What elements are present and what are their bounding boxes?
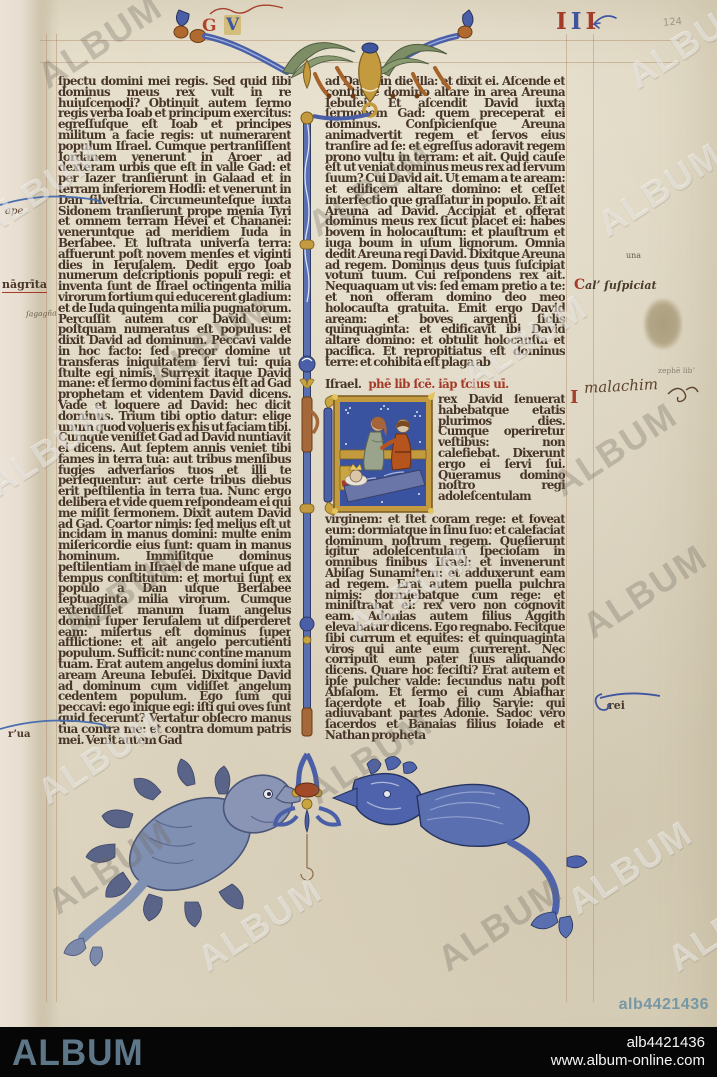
parchment-stain bbox=[644, 299, 682, 349]
right-gloss-hebrew-small: zephē libʼ bbox=[658, 366, 695, 375]
right-gloss-suspiciat-text: alʼ ſuſpiciat bbox=[585, 279, 656, 292]
ruling-line-left-1 bbox=[46, 34, 47, 1002]
left-gloss-2: nāgrīta bbox=[2, 278, 47, 293]
stock-photo-manuscript-page: G V I I I 124 ſpectu domini mei regis. S… bbox=[0, 0, 717, 1077]
right-gloss-suspiciat: Calʼ ſuſpiciat bbox=[574, 274, 657, 293]
chapter-numeral: I I I bbox=[556, 11, 596, 33]
left-gloss-3: ſagagña bbox=[26, 308, 57, 318]
footer-image-id: alb4421436 bbox=[551, 1034, 705, 1052]
album-logo: ALBUM bbox=[12, 1034, 144, 1071]
rei-blue-paraph bbox=[594, 692, 664, 712]
red-squiggle-flourish bbox=[210, 5, 283, 14]
right-gloss-hebrew: malachim bbox=[584, 375, 659, 397]
left-column-text: ſpectu domini mei regis. Sed quid ſibi d… bbox=[58, 76, 291, 778]
left-fish bbox=[64, 759, 300, 966]
right-gloss-una: una bbox=[626, 251, 641, 260]
historiated-initial-david bbox=[322, 392, 438, 516]
footer-credits: alb4421436 www.album-online.com bbox=[551, 1034, 705, 1070]
bottom-border-fish-ornament bbox=[55, 750, 595, 965]
album-watermark: ALBUM bbox=[620, 0, 717, 97]
right-gloss-suspiciat-initial: C bbox=[574, 277, 585, 293]
album-watermark: ALBUM bbox=[575, 536, 715, 647]
header-letter-v: V bbox=[224, 15, 241, 35]
left-gloss-4: rʼua bbox=[8, 729, 31, 740]
right-gloss-rei: rei bbox=[596, 694, 625, 713]
stock-footer-bar: ALBUM alb4421436 www.album-online.com bbox=[0, 1027, 717, 1077]
footer-website: www.album-online.com bbox=[551, 1052, 705, 1070]
right-gloss-numeral: I bbox=[570, 387, 578, 408]
album-watermark: ALBUM bbox=[590, 134, 717, 245]
beside-initial-text: rex David ſenuerat habebatque etatis plu… bbox=[438, 394, 565, 512]
right-dragon-fish bbox=[333, 756, 587, 938]
numeral-blue-flourish bbox=[592, 14, 618, 34]
left-gloss-1: ape bbox=[5, 206, 23, 217]
column-divider-bar bbox=[296, 112, 318, 760]
album-watermark: ALBUM bbox=[660, 869, 717, 980]
rubric-incipit-text: phē lib ſcē. iāp ťcius uī. bbox=[368, 379, 508, 390]
rubric-line: Iſrael. phē lib ſcē. iāp ťcius uī. bbox=[325, 379, 565, 390]
overlay-image-id: alb4421436 bbox=[619, 996, 709, 1014]
rubric-lead-word: Iſrael. bbox=[325, 379, 361, 390]
right-gloss-hebrew-flourish bbox=[666, 380, 700, 402]
page-left-edge-shade bbox=[0, 0, 52, 1027]
header-letter-g: G bbox=[202, 16, 217, 36]
numeral-stroke-2: I bbox=[571, 11, 582, 33]
central-gold-drop bbox=[304, 43, 382, 119]
numeral-stroke-1: I bbox=[556, 11, 567, 33]
folio-number: 124 bbox=[663, 16, 683, 29]
